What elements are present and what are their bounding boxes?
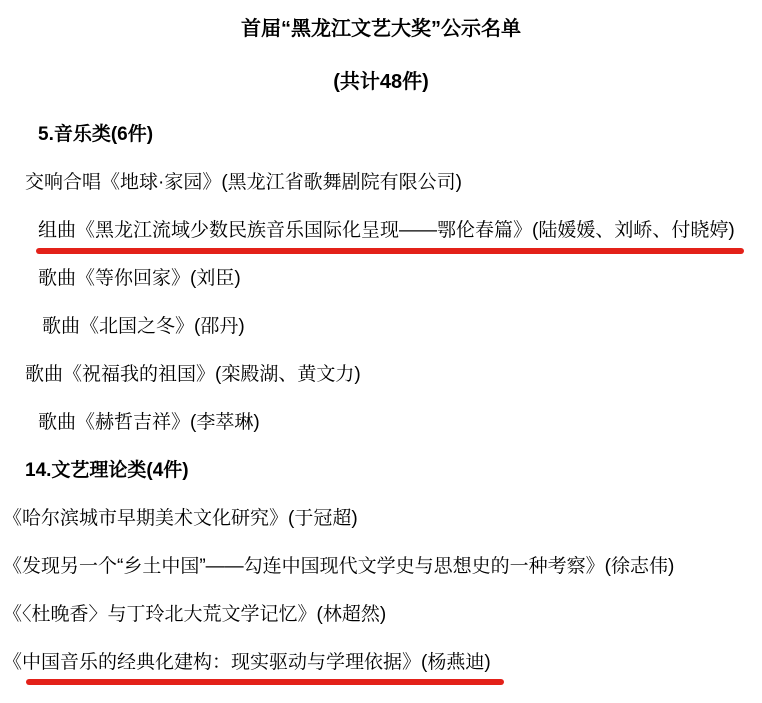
list-item: 《中国音乐的经典化建构：现实驱动与学理依据》(杨燕迪) xyxy=(0,639,762,687)
list-item-text: 组曲《黑龙江流域少数民族音乐国际化呈现——鄂伦春篇》(陆媛媛、刘峤、付晓婷) xyxy=(38,220,735,241)
list-item: 歌曲《祝福我的祖国》(栾殿湖、黄文力) xyxy=(0,351,762,399)
list-item-text: 《中国音乐的经典化建构：现实驱动与学理依据》(杨燕迪) xyxy=(3,652,491,673)
list-item: 《哈尔滨城市早期美术文化研究》(于冠超) xyxy=(0,495,762,543)
red-underline-annotation xyxy=(26,679,504,685)
document-page: 首届“黑龙江文艺大奖”公示名单 (共计48件) 5.音乐类(6件) 交响合唱《地… xyxy=(0,0,762,703)
page-subtitle: (共计48件) xyxy=(0,70,762,94)
page-title: 首届“黑龙江文艺大奖”公示名单 xyxy=(0,0,762,41)
section-heading-music: 5.音乐类(6件) xyxy=(0,111,762,159)
list-item: 歌曲《北国之冬》(邵丹) xyxy=(0,303,762,351)
list-item: 《〈杜晚香〉与丁玲北大荒文学记忆》(林超然) xyxy=(0,591,762,639)
list-item: 《发现另一个“乡土中国”——勾连中国现代文学史与思想史的一种考察》(徐志伟) xyxy=(0,543,762,591)
list-item: 歌曲《等你回家》(刘臣) xyxy=(0,255,762,303)
list-item: 组曲《黑龙江流域少数民族音乐国际化呈现——鄂伦春篇》(陆媛媛、刘峤、付晓婷) xyxy=(0,207,762,255)
list-item: 歌曲《赫哲吉祥》(李萃琳) xyxy=(0,399,762,447)
list-item: 交响合唱《地球·家园》(黑龙江省歌舞剧院有限公司) xyxy=(0,159,762,207)
red-underline-annotation xyxy=(36,248,744,254)
section-heading-theory: 14.文艺理论类(4件) xyxy=(0,447,762,495)
award-list: 5.音乐类(6件) 交响合唱《地球·家园》(黑龙江省歌舞剧院有限公司) 组曲《黑… xyxy=(0,111,762,687)
